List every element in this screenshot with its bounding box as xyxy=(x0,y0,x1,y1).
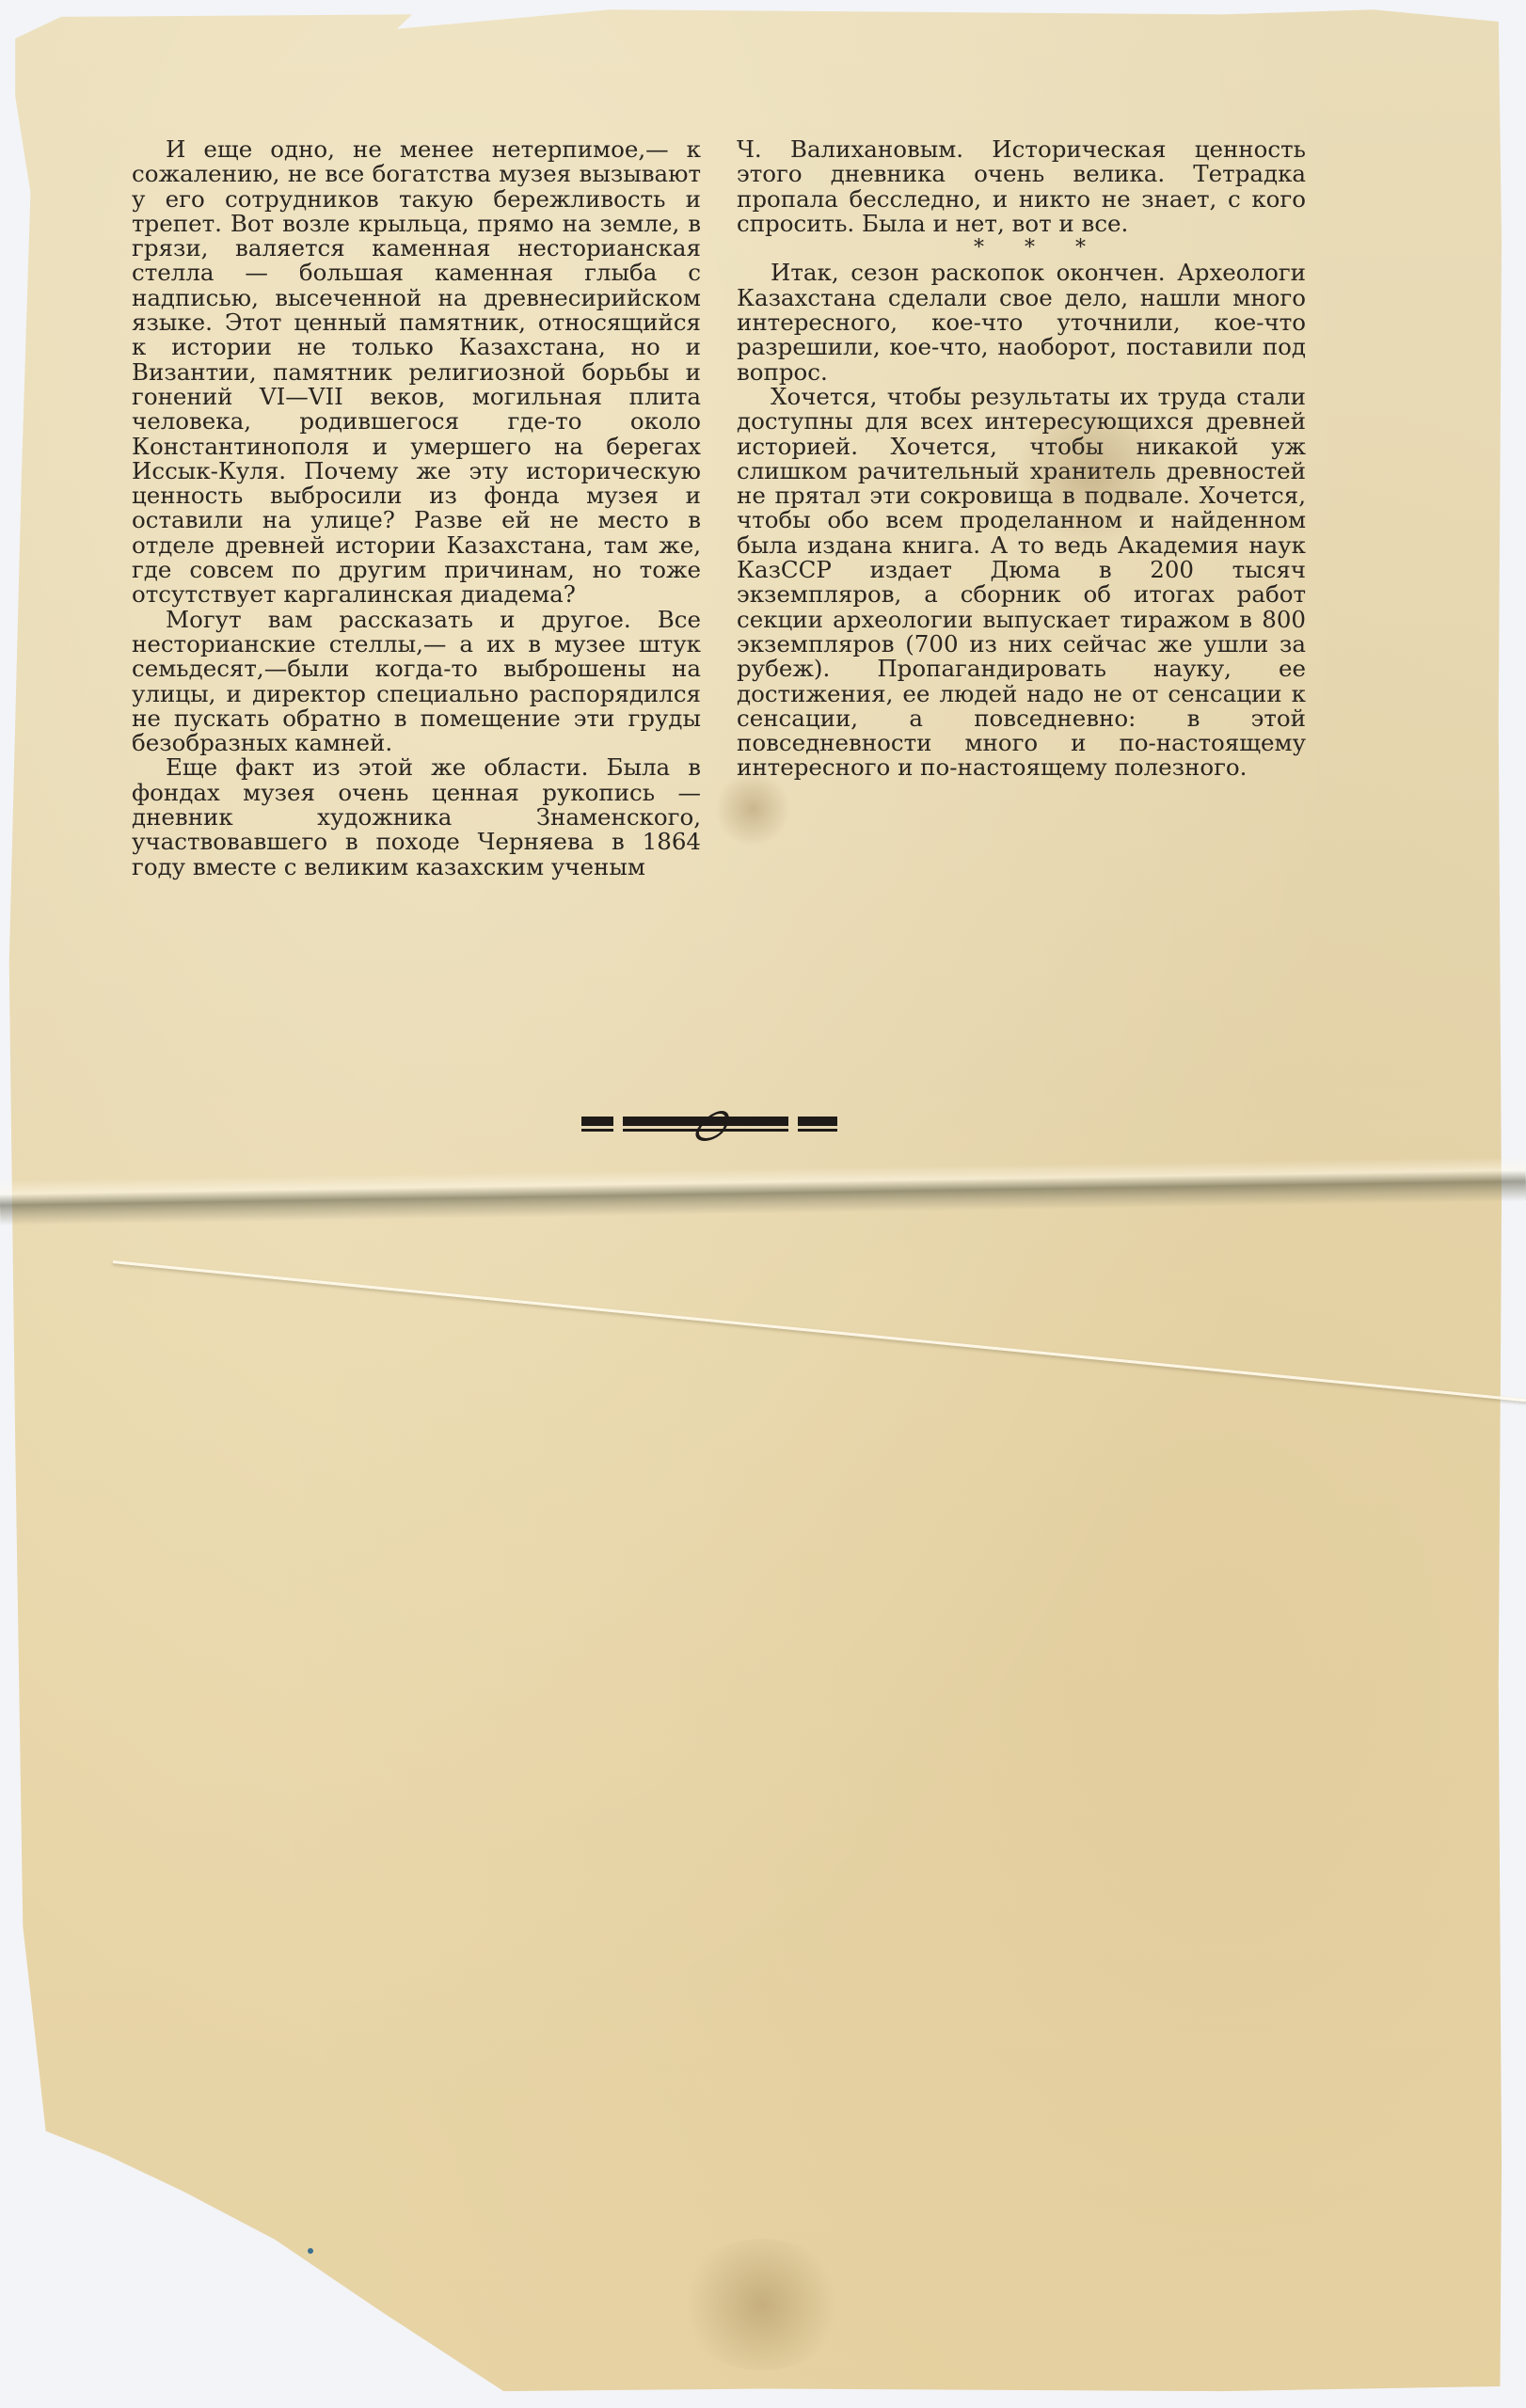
paragraph: И еще одно, не менее нетерпимое,— к сожа… xyxy=(132,137,701,608)
paper-stain xyxy=(715,771,790,847)
paper-stain xyxy=(677,2239,847,2370)
paragraph: Хочется, чтобы результаты их труда стали… xyxy=(737,385,1306,781)
divider-rule xyxy=(798,1129,837,1132)
ink-spot xyxy=(308,2248,313,2254)
text-column-left: И еще одно, не менее нетерпимое,— к сожа… xyxy=(132,137,701,879)
scanned-page: И еще одно, не менее нетерпимое,— к сожа… xyxy=(0,0,1526,2408)
paragraph: Еще факт из этой же области. Была в фонд… xyxy=(132,755,701,879)
divider-bar xyxy=(798,1117,837,1126)
section-separator: * * * xyxy=(737,236,1306,261)
divider-rule xyxy=(581,1129,613,1132)
text-column-right: Ч. Валихановым. Историческая ценность эт… xyxy=(737,137,1306,781)
paragraph: Итак, сезон раскопок окончен. Археологи … xyxy=(737,261,1306,384)
paragraph-continuation: Ч. Валихановым. Историческая ценность эт… xyxy=(737,137,1306,236)
paragraph: Могут вам рассказать и другое. Все несто… xyxy=(132,608,701,756)
divider-bar xyxy=(581,1117,613,1126)
ornamental-divider xyxy=(581,1113,841,1135)
